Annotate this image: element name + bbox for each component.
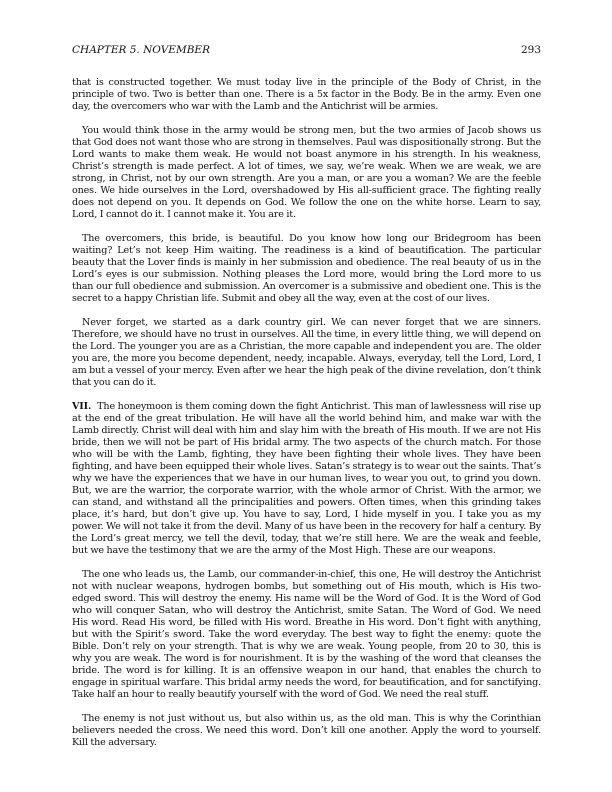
paragraph: The one who leads us, the Lamb, our comm…	[72, 569, 541, 701]
page-number: 293	[521, 42, 541, 58]
section-paragraph: VII.The honeymoon is them coming down th…	[72, 401, 541, 557]
running-header: CHAPTER 5. NOVEMBER 293	[72, 42, 541, 58]
paragraph: The enemy is not just without us, but al…	[72, 713, 541, 749]
chapter-title: CHAPTER 5. NOVEMBER	[72, 42, 210, 58]
paragraph: You would think those in the army would …	[72, 125, 541, 221]
section-number: VII.	[72, 401, 91, 412]
paragraph: that is constructed together. We must to…	[72, 77, 541, 113]
paragraph: Never forget, we started as a dark count…	[72, 317, 541, 389]
document-page: CHAPTER 5. NOVEMBER 293 that is construc…	[72, 42, 541, 761]
paragraph: The overcomers, this bride, is beautiful…	[72, 233, 541, 305]
body-text: that is constructed together. We must to…	[72, 77, 541, 749]
section-text: The honeymoon is them coming down the fi…	[72, 401, 541, 556]
